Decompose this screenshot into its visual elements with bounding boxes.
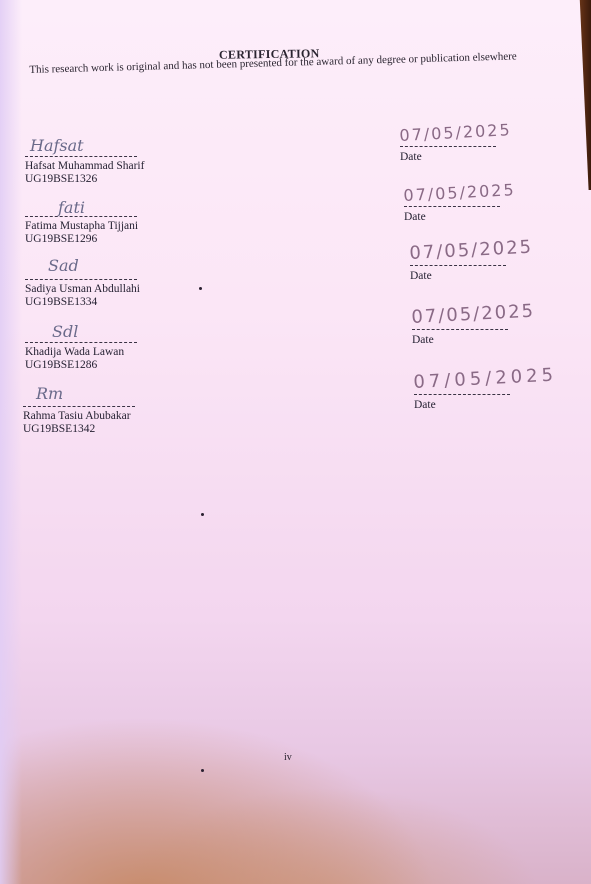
- document-page: CERTIFICATION This research work is orig…: [0, 0, 591, 884]
- signatory-2: Fatima Mustapha Tijjani UG19BSE1296: [25, 216, 138, 246]
- page-number: iv: [284, 752, 292, 763]
- signature-line: [23, 406, 135, 407]
- signatory-5: Rahma Tasiu Abubakar UG19BSE1342: [23, 406, 135, 436]
- handwritten-date: 07/05/2025: [413, 365, 558, 393]
- date-line: [400, 146, 496, 147]
- signature-line: [25, 279, 137, 280]
- page-shadow: [0, 0, 22, 884]
- signature-line: [25, 342, 137, 343]
- date-label: Date: [400, 151, 422, 163]
- date-block-5: 07/05/2025 Date: [414, 372, 558, 411]
- signatory-name: Fatima Mustapha Tijjani: [25, 220, 138, 233]
- paper-speck: [201, 513, 204, 516]
- date-block-2: 07/05/2025 Date: [404, 186, 516, 223]
- signature-2: fati: [58, 198, 85, 217]
- signatory-id: UG19BSE1342: [23, 423, 135, 436]
- date-label: Date: [404, 211, 426, 223]
- signature-line: [25, 156, 137, 157]
- date-label: Date: [412, 334, 434, 346]
- signatory-name: Hafsat Muhammad Sharif: [25, 160, 144, 173]
- signatory-id: UG19BSE1286: [25, 359, 137, 372]
- handwritten-date: 07/05/2025: [411, 301, 536, 328]
- signatory-id: UG19BSE1326: [25, 173, 144, 186]
- date-block-1: 07/05/2025 Date: [400, 126, 512, 163]
- certification-statement: This research work is original and has n…: [29, 43, 520, 84]
- signatory-name: Sadiya Usman Abdullahi: [25, 283, 140, 296]
- handwritten-date: 07/05/2025: [403, 180, 516, 205]
- signatory-id: UG19BSE1296: [25, 233, 138, 246]
- date-block-4: 07/05/2025 Date: [412, 307, 536, 346]
- signature-3: Sad: [48, 256, 79, 275]
- signatory-3: Sadiya Usman Abdullahi UG19BSE1334: [25, 279, 140, 309]
- signatory-id: UG19BSE1334: [25, 296, 140, 309]
- date-line: [412, 329, 508, 330]
- date-block-3: 07/05/2025 Date: [410, 243, 534, 282]
- paper-speck: [201, 769, 204, 772]
- signature-5: Rm: [36, 384, 63, 403]
- handwritten-date: 07/05/2025: [409, 237, 534, 264]
- date-line: [404, 206, 500, 207]
- background-edge: [575, 0, 591, 190]
- signatory-name: Rahma Tasiu Abubakar: [23, 410, 135, 423]
- paper-speck: [199, 287, 202, 290]
- signature-1: Hafsat: [30, 136, 84, 155]
- date-line: [410, 265, 506, 266]
- signatory-1: Hafsat Muhammad Sharif UG19BSE1326: [25, 156, 144, 186]
- handwritten-date: 07/05/2025: [399, 120, 512, 145]
- signature-line: [25, 216, 137, 217]
- date-label: Date: [414, 399, 436, 411]
- date-line: [414, 394, 510, 395]
- signatory-name: Khadija Wada Lawan: [25, 346, 137, 359]
- date-label: Date: [410, 270, 432, 282]
- signatory-4: Khadija Wada Lawan UG19BSE1286: [25, 342, 137, 372]
- signature-4: Sdl: [52, 322, 78, 341]
